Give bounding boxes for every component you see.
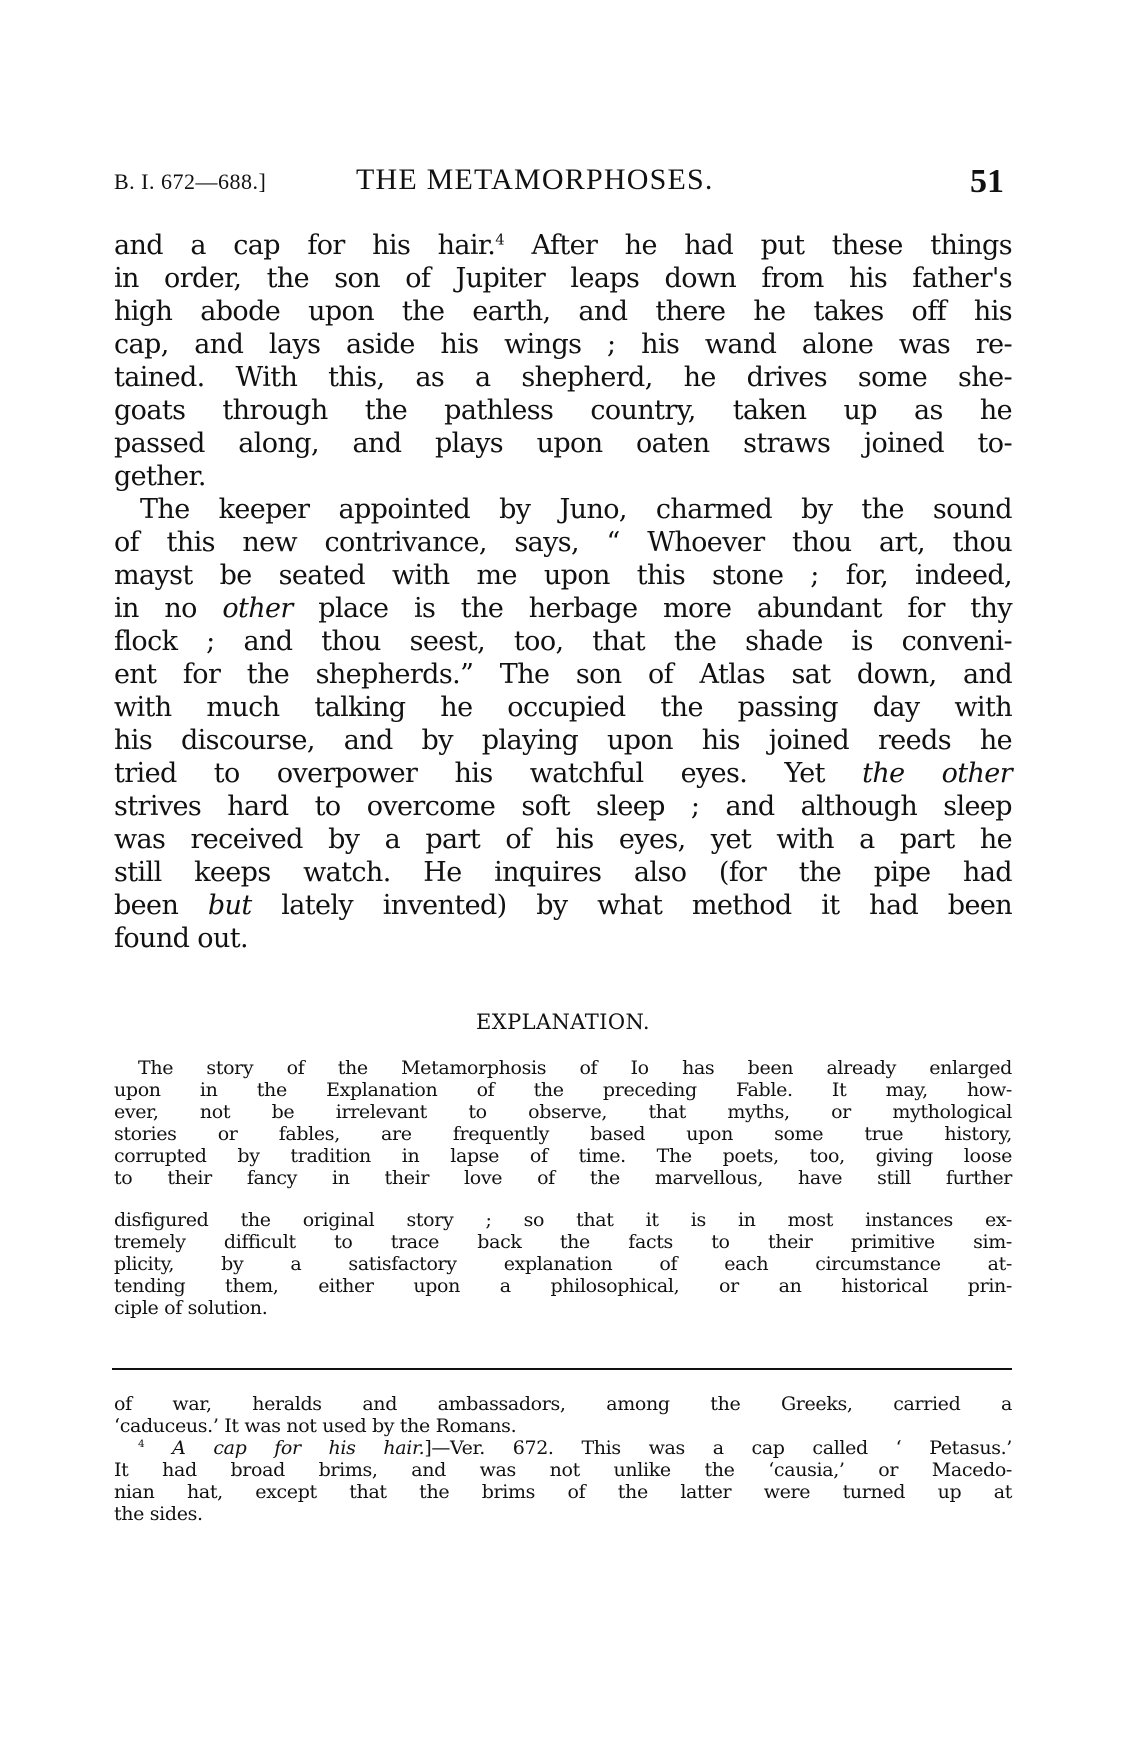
footnote-line: 4 A cap for his hair.]—Ver. 672. This wa… <box>138 1437 1012 1459</box>
text-span: and a cap for his hair. <box>114 230 495 261</box>
text-span: lately invented) by what method it had b… <box>252 890 1012 921</box>
footnote-line: nian hat, except that the brims of the l… <box>114 1481 1012 1503</box>
running-header: B. I. 672—688.] THE METAMORPHOSES. 51 <box>114 163 1014 203</box>
text-line: was received by a part of his eyes, yet … <box>114 823 1012 856</box>
italic-span: A cap for his hair. <box>172 1437 424 1459</box>
text-line: tained. With this, as a shepherd, he dri… <box>114 361 1012 394</box>
text-line: ent for the shepherds.” The son of Atlas… <box>114 658 1012 691</box>
running-title: THE METAMORPHOSES. <box>356 163 714 197</box>
footnote-line: the sides. <box>114 1503 1012 1525</box>
text-span: tried to overpower his watchful eyes. Ye… <box>114 758 862 789</box>
text-span: in no <box>114 593 222 624</box>
text-line: disfigured the original story ; so that … <box>114 1209 1012 1231</box>
text-line: ever, not be irrelevant to observe, that… <box>114 1101 1012 1123</box>
footnote-divider <box>112 1368 1012 1370</box>
text-line: corrupted by tradition in lapse of time.… <box>114 1145 1012 1167</box>
text-line: tremely difficult to trace back the fact… <box>114 1231 1012 1253</box>
text-span: After he had put these things <box>504 230 1012 261</box>
italic-span: but <box>208 890 252 921</box>
italic-span: the other <box>862 758 1012 789</box>
text-line: tried to overpower his watchful eyes. Ye… <box>114 757 1012 790</box>
text-line: still keeps watch. He inquires also (for… <box>114 856 1012 889</box>
text-line: flock ; and thou seest, too, that the sh… <box>114 625 1012 658</box>
text-line: been but lately invented) by what method… <box>114 889 1012 922</box>
text-line: to their fancy in their love of the marv… <box>114 1167 1012 1189</box>
text-line: The story of the Metamorphosis of Io has… <box>138 1057 1012 1079</box>
text-line: strives hard to overcome soft sleep ; an… <box>114 790 1012 823</box>
book-reference: B. I. 672—688.] <box>114 169 266 195</box>
text-line: tending them, either upon a philosophica… <box>114 1275 1012 1297</box>
italic-span: other <box>222 593 292 624</box>
text-line: in no other place is the herbage more ab… <box>114 592 1012 625</box>
text-line: ciple of solution. <box>114 1297 1012 1319</box>
text-span: been <box>114 890 208 921</box>
text-span: ]—Ver. 672. This was a cap called ‘ Peta… <box>424 1437 1012 1459</box>
explanation-heading: EXPLANATION. <box>114 1010 1012 1034</box>
text-line: with much talking he occupied the passin… <box>114 691 1012 724</box>
page-number: 51 <box>970 163 1004 201</box>
text-line: goats through the pathless country, take… <box>114 394 1012 427</box>
footnote-line: It had broad brims, and was not unlike t… <box>114 1459 1012 1481</box>
book-page: B. I. 672—688.] THE METAMORPHOSES. 51 an… <box>0 0 1144 1762</box>
footnote-line: ‘caduceus.’ It was not used by the Roman… <box>114 1415 1012 1437</box>
text-line: cap, and lays aside his wings ; his wand… <box>114 328 1012 361</box>
footnote-ref-4: 4 <box>495 230 504 248</box>
text-line: his discourse, and by playing upon his j… <box>114 724 1012 757</box>
footnote-marker-4: 4 <box>138 1438 144 1450</box>
text-line: and a cap for his hair.4 After he had pu… <box>114 229 1012 262</box>
text-line: in order, the son of Jupiter leaps down … <box>114 262 1012 295</box>
text-line: of this new contrivance, says, “ Whoever… <box>114 526 1012 559</box>
text-line: gether. <box>114 460 1012 493</box>
text-line: plicity, by a satisfactory explanation o… <box>114 1253 1012 1275</box>
text-line: passed along, and plays upon oaten straw… <box>114 427 1012 460</box>
text-span: place is the herbage more abundant for t… <box>293 593 1012 624</box>
text-line: high abode upon the earth, and there he … <box>114 295 1012 328</box>
footnote-line: of war, heralds and ambassadors, among t… <box>114 1393 1012 1415</box>
text-line: stories or fables, are frequently based … <box>114 1123 1012 1145</box>
text-line: The keeper appointed by Juno, charmed by… <box>140 493 1012 526</box>
text-line: found out. <box>114 922 1012 955</box>
text-line: upon in the Explanation of the preceding… <box>114 1079 1012 1101</box>
text-line: mayst be seated with me upon this stone … <box>114 559 1012 592</box>
